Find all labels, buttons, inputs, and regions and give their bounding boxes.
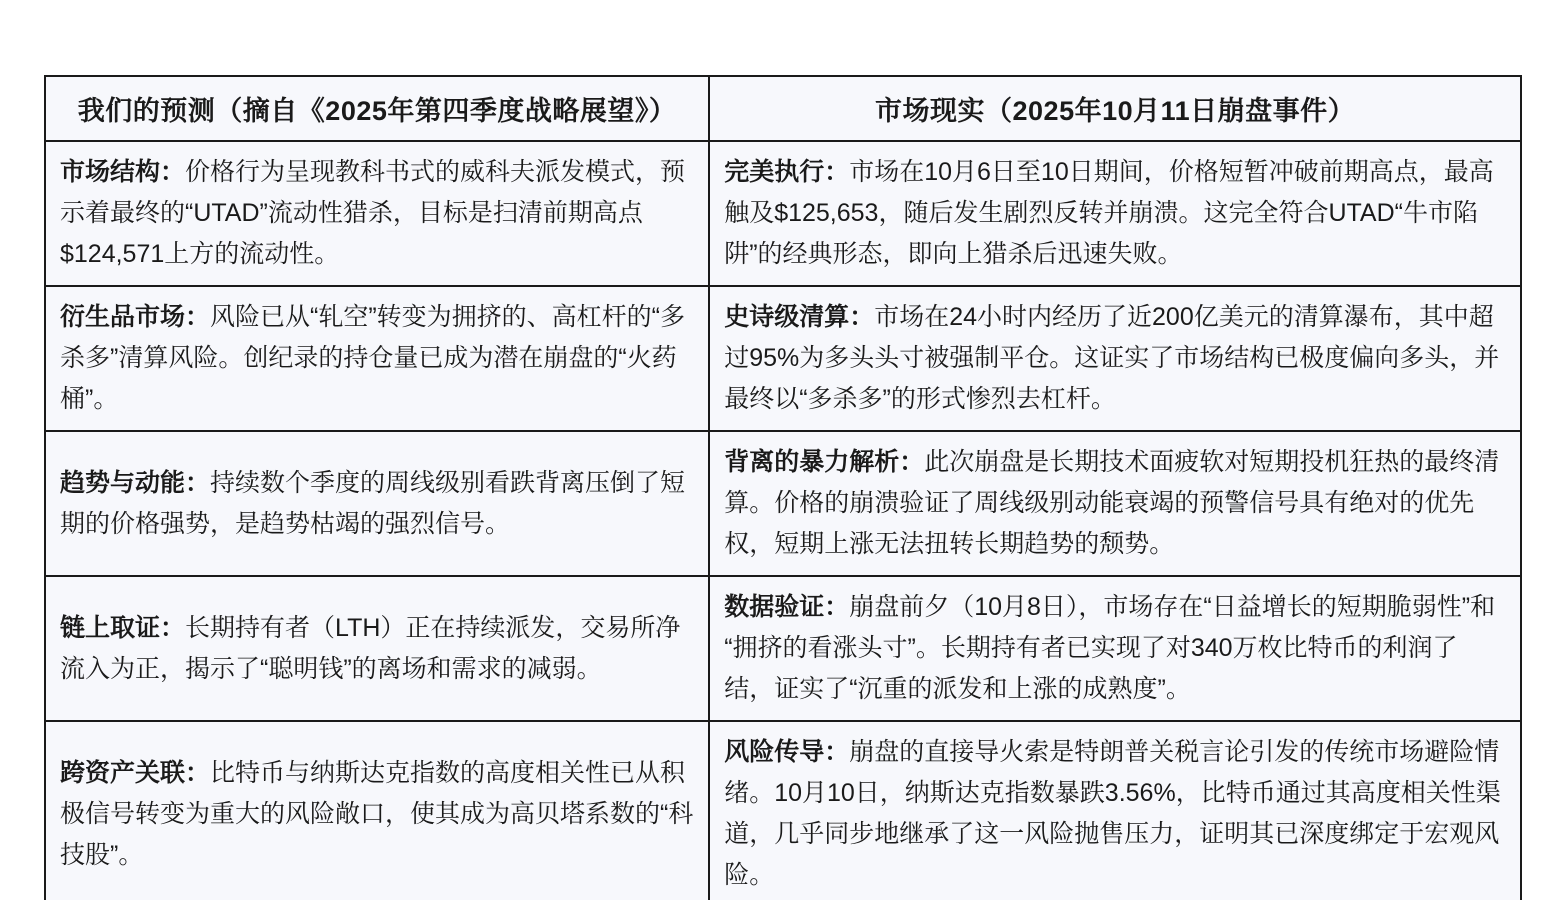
page: 我们的预测（摘自《2025年第四季度战略展望》） 市场现实（2025年10月11… <box>0 0 1566 900</box>
cell-term: 趋势与动能： <box>60 469 210 497</box>
cell-term: 数据验证： <box>724 593 849 621</box>
cell-prediction-derivatives-market: 衍生品市场：风险已从“轧空”转变为拥挤的、高杠杆的“多杀多”清算风险。创纪录的持… <box>45 286 709 431</box>
cell-term: 跨资产关联： <box>60 759 210 787</box>
cell-term: 链上取证： <box>60 614 185 642</box>
header-cell-reality: 市场现实（2025年10月11日崩盘事件） <box>709 76 1521 141</box>
cell-reality-perfect-execution: 完美执行：市场在10月6日至10日期间，价格短暂冲破前期高点，最高触及$125,… <box>709 141 1521 286</box>
cell-term: 市场结构： <box>60 158 185 186</box>
cell-reality-data-validation: 数据验证：崩盘前夕（10月8日），市场存在“日益增长的短期脆弱性”和“拥挤的看涨… <box>709 576 1521 721</box>
cell-term: 完美执行： <box>724 158 849 186</box>
header-cell-prediction: 我们的预测（摘自《2025年第四季度战略展望》） <box>45 76 709 141</box>
cell-prediction-onchain-forensics: 链上取证：长期持有者（LTH）正在持续派发，交易所净流入为正，揭示了“聪明钱”的… <box>45 576 709 721</box>
cell-reality-epic-liquidation: 史诗级清算：市场在24小时内经历了近200亿美元的清算瀑布，其中超过95%为多头… <box>709 286 1521 431</box>
table-row: 链上取证：长期持有者（LTH）正在持续派发，交易所净流入为正，揭示了“聪明钱”的… <box>45 576 1521 721</box>
table-row: 衍生品市场：风险已从“轧空”转变为拥挤的、高杠杆的“多杀多”清算风险。创纪录的持… <box>45 286 1521 431</box>
cell-term: 衍生品市场： <box>60 303 210 331</box>
table-row: 趋势与动能：持续数个季度的周线级别看跌背离压倒了短期的价格强势，是趋势枯竭的强烈… <box>45 431 1521 576</box>
table-header-row: 我们的预测（摘自《2025年第四季度战略展望》） 市场现实（2025年10月11… <box>45 76 1521 141</box>
cell-prediction-market-structure: 市场结构：价格行为呈现教科书式的威科夫派发模式，预示着最终的“UTAD”流动性猎… <box>45 141 709 286</box>
cell-term: 背离的暴力解析： <box>724 448 924 476</box>
cell-reality-risk-contagion: 风险传导：崩盘的直接导火索是特朗普关税言论引发的传统市场避险情绪。10月10日，… <box>709 721 1521 900</box>
table-row: 市场结构：价格行为呈现教科书式的威科夫派发模式，预示着最终的“UTAD”流动性猎… <box>45 141 1521 286</box>
cell-prediction-trend-momentum: 趋势与动能：持续数个季度的周线级别看跌背离压倒了短期的价格强势，是趋势枯竭的强烈… <box>45 431 709 576</box>
prediction-vs-reality-table: 我们的预测（摘自《2025年第四季度战略展望》） 市场现实（2025年10月11… <box>44 75 1522 900</box>
cell-term: 风险传导： <box>724 738 849 766</box>
table-row: 跨资产关联：比特币与纳斯达克指数的高度相关性已从积极信号转变为重大的风险敞口，使… <box>45 721 1521 900</box>
cell-prediction-cross-asset-correlation: 跨资产关联：比特币与纳斯达克指数的高度相关性已从积极信号转变为重大的风险敞口，使… <box>45 721 709 900</box>
cell-term: 史诗级清算： <box>724 303 874 331</box>
cell-reality-divergence-resolution: 背离的暴力解析：此次崩盘是长期技术面疲软对短期投机狂热的最终清算。价格的崩溃验证… <box>709 431 1521 576</box>
